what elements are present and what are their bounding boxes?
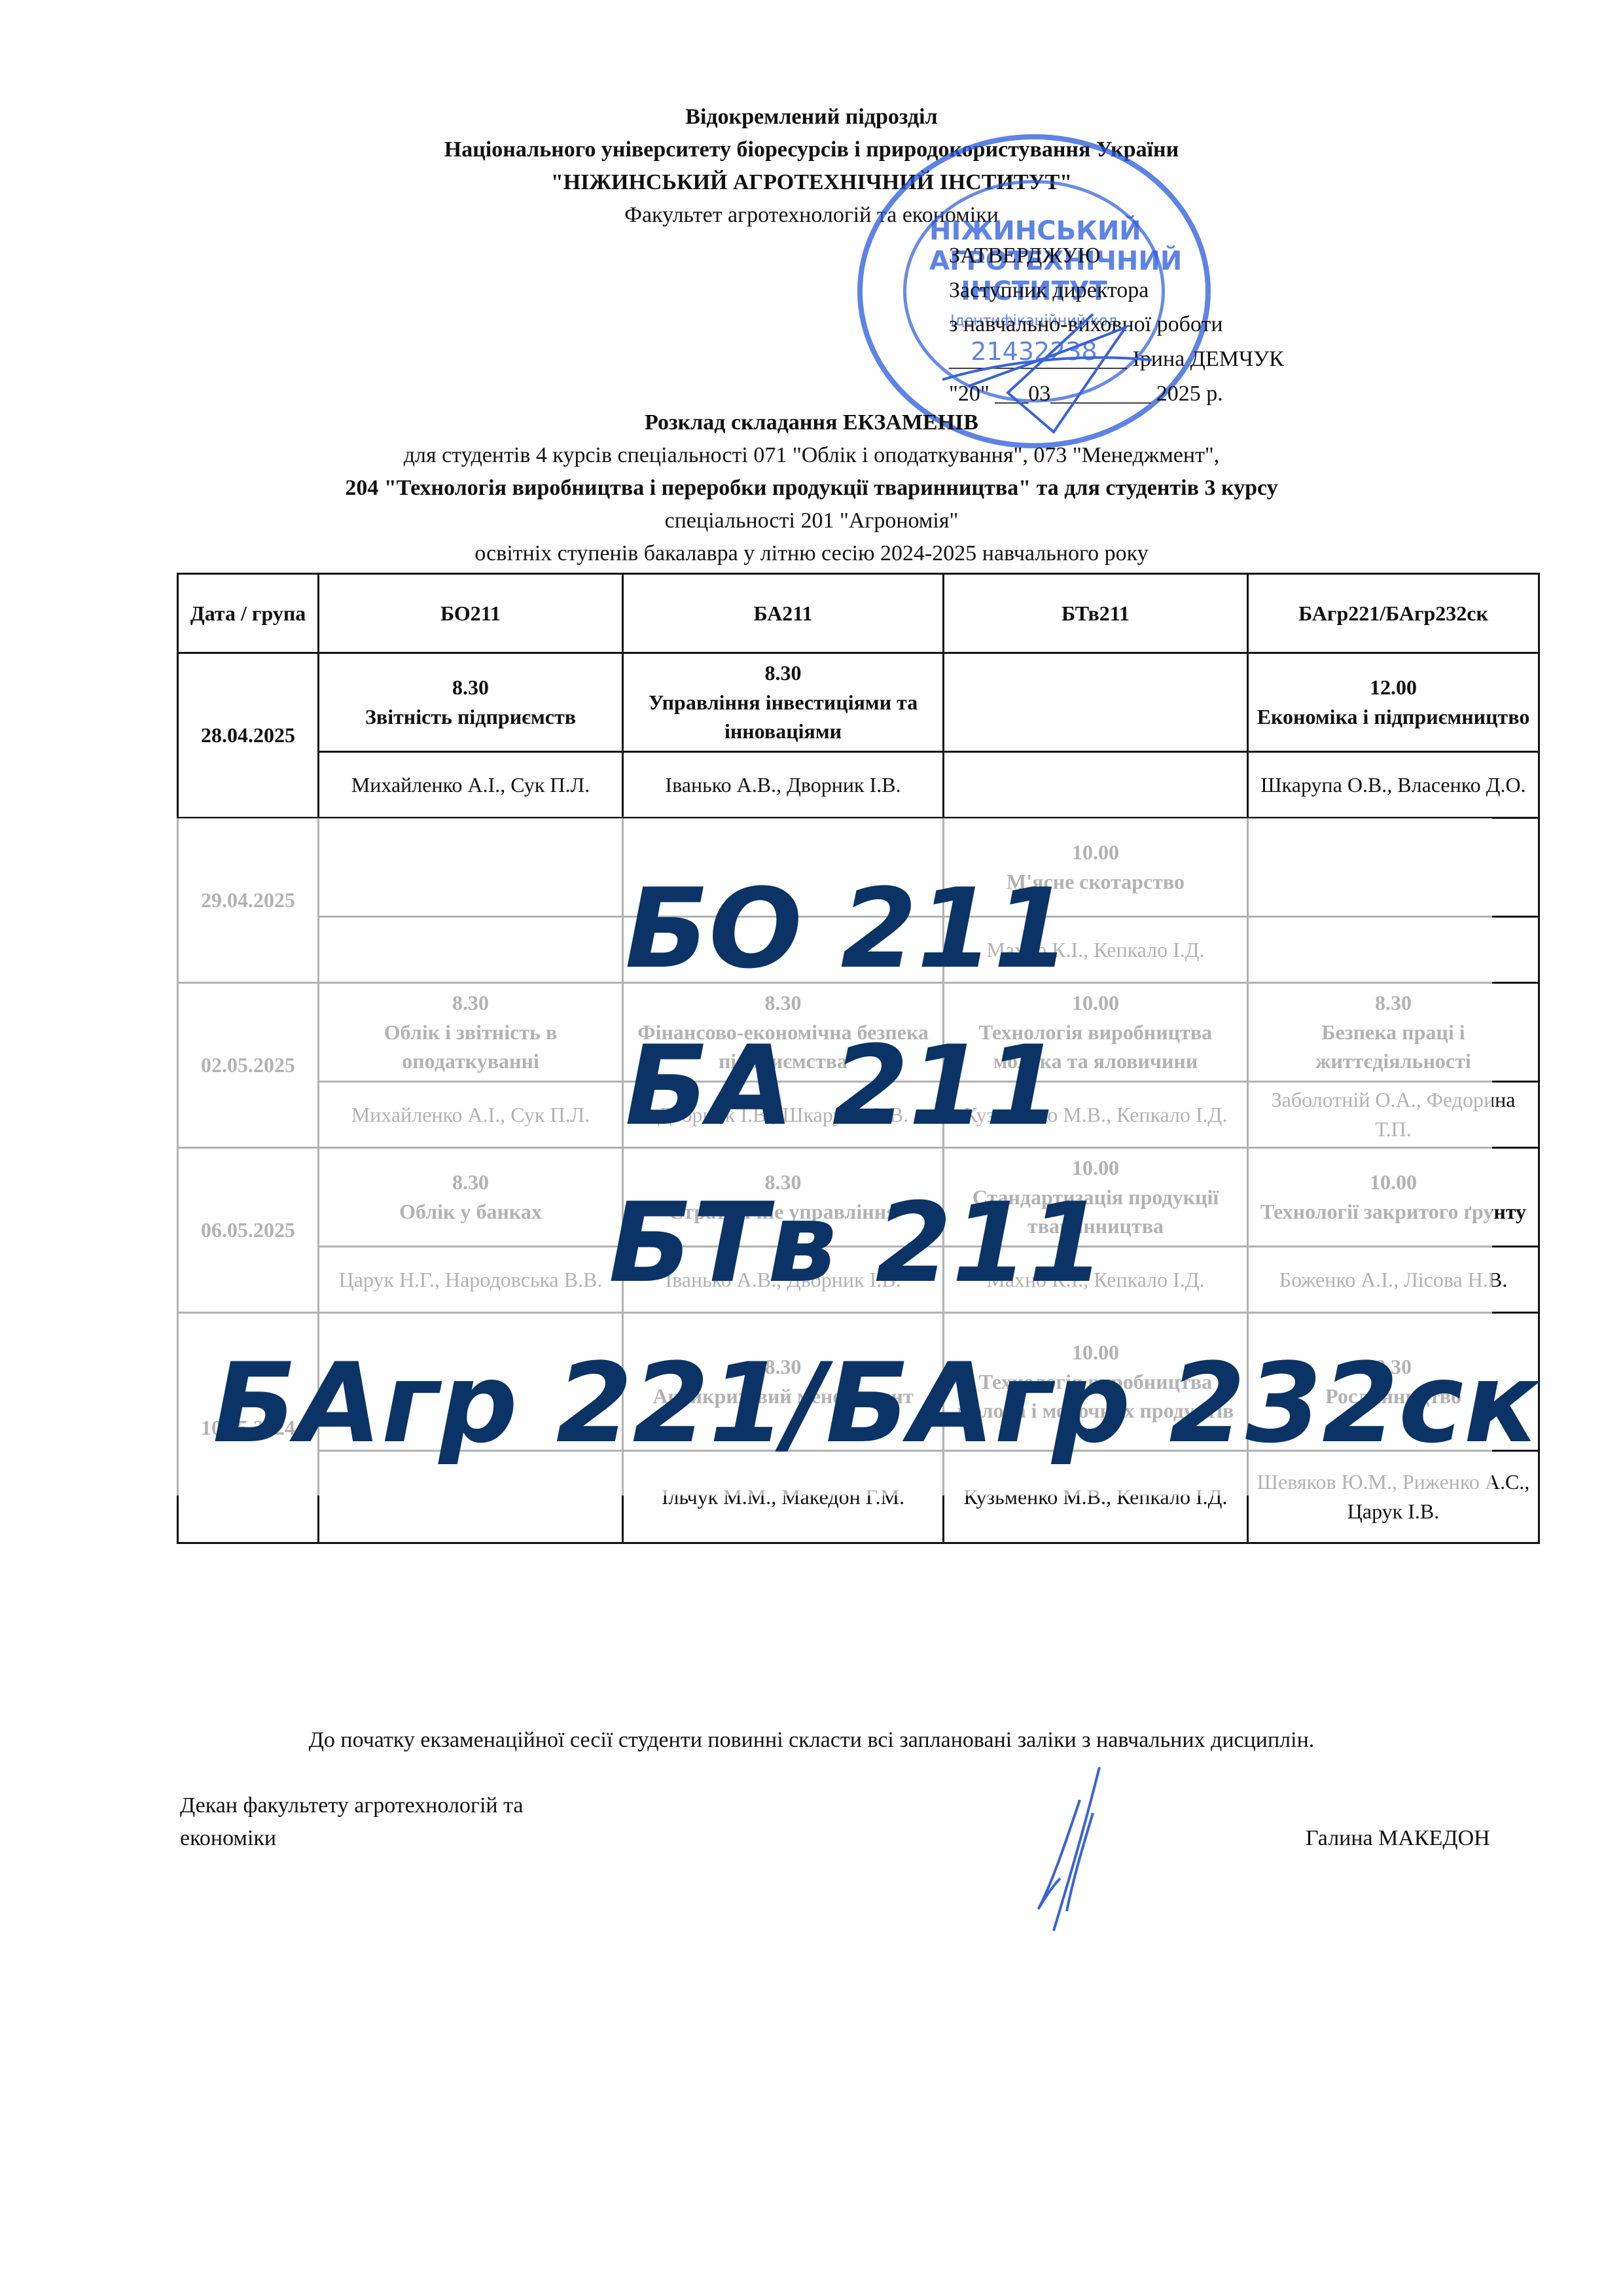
exam-subject: Економіка і підприємництво [1253, 702, 1534, 732]
column-header-date-group: Дата / група [178, 574, 319, 653]
exam-subject: Звітність підприємств [323, 702, 618, 732]
exam-teachers: Михайленко А.І., Сук П.Л. [319, 752, 623, 818]
table-row: 28.04.20258.30Звітність підприємств8.30У… [178, 653, 1539, 752]
overlay-label-bagr: БАгр 221/БАгр 232ск [213, 1348, 1539, 1458]
exam-teachers: Іванько А.В., Дворник І.В. [623, 752, 944, 818]
exam-time: 12.00 [1253, 673, 1534, 702]
dean-name: Галина МАКЕДОН [1306, 1823, 1490, 1854]
exam-subject: Управління інвестиціями та інноваціями [628, 688, 938, 747]
exam-time: 8.30 [628, 658, 938, 688]
exam-cell: 8.30Управління інвестиціями та інновація… [623, 653, 944, 752]
exam-teachers: Шкарупа О.В., Власенко Д.О. [1248, 752, 1539, 818]
overlay-label-bo211: БО 211 [625, 874, 1070, 984]
column-header-bo211: БО211 [319, 574, 623, 653]
schedule-subtitle-3: спеціальності 201 "Агрономія" [0, 505, 1623, 537]
schedule-subtitle-1: для студентів 4 курсів спеціальності 071… [0, 440, 1623, 471]
schedule-subtitle-2: 204 "Технологія виробництва і переробки … [0, 473, 1623, 504]
exam-cell: 12.00Економіка і підприємництво [1248, 653, 1539, 752]
faculty-name: Факультет агротехнологій та економіки [0, 200, 1623, 231]
exam-teachers [944, 752, 1248, 818]
institution-line-1: Відокремлений підрозділ [0, 101, 1623, 133]
table-header-row: Дата / група БО211 БА211 БТв211 БАгр221/… [178, 574, 1539, 653]
row-date: 28.04.2025 [178, 653, 319, 818]
column-header-btv211: БТв211 [944, 574, 1248, 653]
dean-signature [1001, 1761, 1145, 1944]
exam-cell [944, 653, 1248, 752]
approval-title: ЗАТВЕРДЖУЮ [949, 239, 1100, 273]
exam-cell: 8.30Звітність підприємств [319, 653, 623, 752]
column-header-ba211: БА211 [623, 574, 944, 653]
column-header-bagr: БАгр221/БАгр232ск [1248, 574, 1539, 653]
schedule-title: Розклад складання ЕКЗАМЕНІВ [0, 407, 1623, 439]
schedule-subtitle-4: освітніх ступенів бакалавра у літню сесі… [0, 538, 1623, 569]
dean-title-line-2: економіки [180, 1823, 276, 1854]
overlay-label-ba211: БА 211 [625, 1031, 1061, 1141]
table-row-teachers: Михайленко А.І., Сук П.Л.Іванько А.В., Д… [178, 752, 1539, 818]
institution-name: "НІЖИНСЬКИЙ АГРОТЕХНІЧНИЙ ІНСТИТУТ" [0, 167, 1623, 198]
overlay-label-btv211: БТв 211 [609, 1188, 1105, 1298]
institution-line-2: Національного університету біоресурсів і… [0, 134, 1623, 166]
dean-title-line-1: Декан факультету агротехнологій та [180, 1790, 523, 1821]
exam-time: 8.30 [323, 673, 618, 702]
footer-note: До початку екзаменаційної сесії студенти… [0, 1725, 1623, 1756]
